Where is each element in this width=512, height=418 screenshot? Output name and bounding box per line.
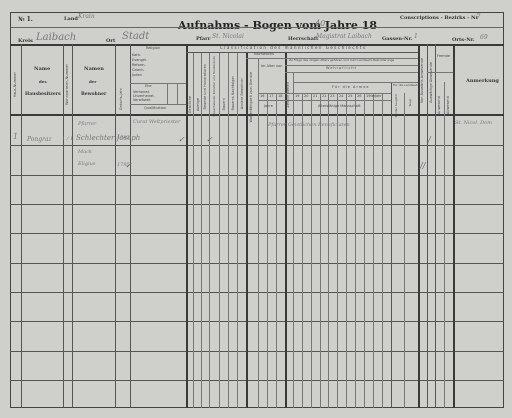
entry-qualification: Curat Weltpriester	[133, 120, 180, 125]
classification-title: Classification des männlichen Geschlecht…	[220, 46, 367, 50]
religion-row: Juden	[132, 74, 142, 78]
abwesend-label: Von Auswärts Anwesende	[420, 58, 424, 103]
col-line	[404, 93, 405, 408]
age-17: 17	[269, 95, 273, 99]
ortsabwesend-label: Auswärtige Abwesende	[429, 62, 433, 103]
armee-age: 22	[322, 95, 326, 99]
col-line	[346, 93, 347, 408]
entry-bewohner-titel: Pfarrer	[78, 122, 96, 127]
anmerkung-label: Anmerkung	[466, 79, 499, 84]
entry-wohnpartei: 1 / 1	[62, 137, 73, 142]
armee-age: 23	[330, 95, 334, 99]
col-namen-3: Bewohner	[81, 93, 106, 98]
row-line	[10, 175, 504, 176]
age-18: 18	[278, 95, 282, 99]
armee-age: Jahr	[375, 95, 382, 99]
religion-sub-line	[177, 83, 178, 104]
col-line	[228, 52, 229, 408]
col-line	[267, 93, 268, 408]
col-line	[276, 93, 277, 408]
row-line	[10, 351, 504, 352]
fremde-label: Fremde	[437, 55, 450, 59]
entry-religion-check: ✓	[125, 161, 132, 170]
zeitlich-befreit: Zeitlich befreit	[286, 82, 290, 108]
col-namen-2: der	[89, 80, 96, 84]
landwehr-note: Zu Folge des obigen Alters gehören und z…	[289, 59, 394, 62]
col-geburtsjahr: Geburts-Jahr	[119, 88, 123, 110]
nachwuchs-age-label: Im Alter von	[261, 65, 282, 69]
altersfaehige-label: Altersfähige Mannschaft	[318, 105, 360, 109]
col-line	[21, 44, 22, 408]
header-bottom-line	[10, 114, 504, 116]
nachwuchs-title: Nachwuchs	[254, 53, 274, 57]
row-line	[10, 292, 504, 293]
entry-religion-check: ✓	[178, 135, 185, 144]
wehrpflicht-label: Wehrpflicht	[326, 67, 357, 71]
col-line	[237, 52, 238, 408]
col-line	[337, 93, 338, 408]
col-line	[364, 93, 365, 408]
entry-class-note: Pfarrer Geistlichen Beneficiaten	[268, 123, 350, 128]
row-line	[10, 321, 504, 322]
col-name-1: Name	[34, 67, 50, 72]
ehe-row: Verwitwet	[133, 99, 150, 103]
row-line	[10, 380, 504, 381]
fuer-landwehr-label: Für die Landwehr	[393, 84, 419, 87]
col-name-3: Hausbesitzers	[25, 93, 61, 98]
col-line	[193, 52, 194, 408]
row-line	[10, 263, 504, 264]
col-line	[72, 44, 73, 408]
entry-haus-nr: 1	[13, 133, 18, 141]
col-line	[391, 82, 392, 408]
col-line	[258, 58, 259, 408]
religion-sub-line	[167, 83, 168, 104]
qualification-label: Qualification	[144, 107, 166, 111]
col-line	[444, 82, 445, 408]
ages-line2	[258, 100, 391, 101]
religion-row: Kath.	[132, 54, 141, 58]
entry-abwesend: /	[428, 135, 431, 144]
class-col: Geistliche	[188, 96, 192, 113]
entry-bewohner: Schlechter Joseph	[76, 135, 140, 142]
waffenfaehig-label: Waffenfähigkeit zum Dienste	[249, 72, 253, 122]
wehr-line2	[285, 72, 418, 73]
col-line	[320, 93, 321, 408]
entry-abwesend: //	[420, 161, 425, 170]
class-col: Beamte und Honoratioren	[203, 64, 207, 109]
entry-bewohner-titel: Mack	[78, 150, 92, 155]
religion-title: Religion	[146, 47, 160, 51]
entry-bewohner: Eligius	[78, 162, 95, 167]
jahre-label: Jahre	[264, 105, 273, 109]
col-line	[115, 44, 116, 408]
religion-row: Evangel.	[132, 59, 147, 63]
landwehr-sub: Taugl.	[408, 98, 412, 107]
armee-age: 24	[339, 95, 343, 99]
armee-age: 19ter	[366, 95, 375, 99]
row-line	[10, 204, 504, 205]
col-line	[355, 93, 356, 408]
age-16: 16	[260, 95, 264, 99]
col-line	[63, 44, 64, 408]
row-line	[10, 233, 504, 234]
classification-title-line	[186, 52, 418, 53]
armee-age: 21	[313, 95, 317, 99]
entry-class-check: ✓	[206, 135, 213, 144]
col-line	[311, 93, 312, 408]
fremde-sub: Abwesend	[446, 96, 450, 114]
col-line	[373, 93, 374, 408]
col-line	[219, 52, 220, 408]
col-line	[435, 44, 436, 408]
religion-row: Griech.	[132, 69, 145, 73]
col-line	[246, 52, 248, 408]
class-col: Andere Bewohner	[240, 78, 244, 109]
col-line	[453, 44, 455, 408]
col-line	[209, 52, 210, 408]
entry-hausbesitzer: Pongraz	[27, 137, 52, 143]
armee-age: 19	[295, 95, 299, 99]
col-line	[201, 52, 202, 408]
col-name-2: des	[39, 80, 47, 84]
landwehr-sub: Minder tauglich	[394, 94, 398, 117]
religion-row: Reform.	[132, 64, 146, 68]
entry-anmerkung: St. Nicol. Dom	[455, 121, 492, 126]
armee-age: 25	[348, 95, 352, 99]
fremde-sub: Anwesend	[437, 96, 441, 114]
entry-geburtsjahr: 1797	[117, 136, 130, 141]
armee-age: 20	[304, 95, 308, 99]
col-line	[302, 93, 303, 408]
col-line	[427, 44, 428, 408]
class-col: Gewerbsleute, Künstler und Studierende	[212, 56, 216, 117]
col-line	[328, 93, 329, 408]
row-line	[10, 145, 504, 146]
census-form-page: № 1. Land Krain Aufnahms - Bogen vom Jah…	[0, 0, 512, 418]
class-col: Bauern	[222, 98, 226, 111]
ehe-label: Ehe	[145, 85, 152, 89]
class-col: Bauerns Nachfolger	[231, 76, 235, 111]
fuer-armee-label: Für die Armee	[332, 86, 370, 90]
qualification-line	[130, 104, 186, 105]
col-haus-nr: Haus-Nummer	[13, 72, 17, 97]
col-line	[130, 44, 131, 408]
col-wohnpartei: Wohnparteien-Nummer	[65, 64, 69, 105]
col-line	[382, 93, 383, 408]
col-namen-1: Namen	[84, 67, 104, 72]
class-col: Adelige	[196, 98, 200, 111]
armee-age: 26	[357, 95, 361, 99]
